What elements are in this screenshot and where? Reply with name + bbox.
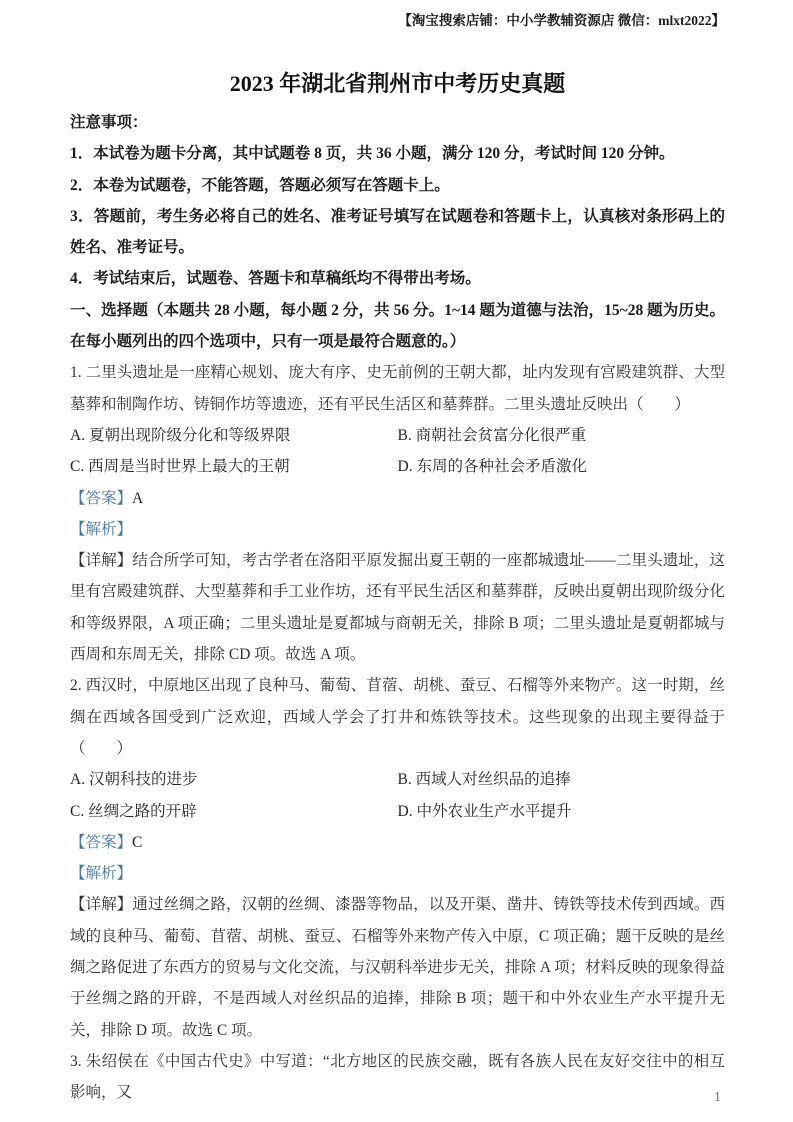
question-1-detail: 【详解】结合所学可知，考古学者在洛阳平原发掘出夏王朝的一座都城遗址——二里头遗址… [70,545,725,670]
question-1-option-c: C. 西周是当时世界上最大的王朝 [70,451,398,482]
question-2-options-row-1: A. 汉朝科技的进步 B. 西域人对丝织品的追捧 [70,764,725,795]
question-1-options-row-2: C. 西周是当时世界上最大的王朝 D. 东周的各种社会矛盾激化 [70,451,725,482]
shop-notice: 【淘宝搜索店铺：中小学教辅资源店 微信：mlxt2022】 [70,12,725,30]
notice-item-3: 3．答题前，考生务必将自己的姓名、准考证号填写在试题卷和答题卡上，认真核对条形码… [70,201,725,264]
question-2-answer-line: 【答案】C [70,827,725,858]
page-number: 1 [714,1089,721,1107]
notice-item-4: 4．考试结束后，试题卷、答题卡和草稿纸均不得带出考场。 [70,263,725,294]
notice-item-1: 1．本试卷为题卡分离，其中试题卷 8 页，共 36 小题，满分 120 分，考试… [70,138,725,169]
question-2-detail: 【详解】通过丝绸之路，汉朝的丝绸、漆器等物品，以及开渠、凿井、铸铁等技术传到西域… [70,889,725,1045]
question-1-option-a: A. 夏朝出现阶级分化和等级界限 [70,420,398,451]
question-2-option-d: D. 中外农业生产水平提升 [398,796,726,827]
question-2-analysis-line: 【解析】 [70,858,725,889]
question-2-option-c: C. 丝绸之路的开辟 [70,796,398,827]
question-1-option-b: B. 商朝社会贫富分化很严重 [398,420,726,451]
question-3-stem: 3. 朱绍侯在《中国古代史》中写道：“北方地区的民族交融，既有各族人民在友好交往… [70,1046,725,1109]
analysis-label: 【解析】 [70,521,132,538]
document-body: 注意事项： 1．本试卷为题卡分离，其中试题卷 8 页，共 36 小题，满分 12… [70,107,725,1109]
question-2-option-a: A. 汉朝科技的进步 [70,764,398,795]
page-title: 2023 年湖北省荆州市中考历史真题 [70,70,725,98]
answer-value: C [132,834,142,851]
answer-label: 【答案】 [70,834,132,851]
answer-value: A [132,490,143,507]
answer-label: 【答案】 [70,490,132,507]
question-1-option-d: D. 东周的各种社会矛盾激化 [398,451,726,482]
question-1-stem: 1. 二里头遗址是一座精心规划、庞大有序、史无前例的王朝大都，址内发现有宫殿建筑… [70,357,725,420]
question-2-option-b: B. 西域人对丝织品的追捧 [398,764,726,795]
exam-document-page: 【淘宝搜索店铺：中小学教辅资源店 微信：mlxt2022】 2023 年湖北省荆… [0,0,793,1122]
question-1-options-row-1: A. 夏朝出现阶级分化和等级界限 B. 商朝社会贫富分化很严重 [70,420,725,451]
notice-item-2: 2．本卷为试题卷，不能答题，答题必须写在答题卡上。 [70,170,725,201]
question-1-answer-line: 【答案】A [70,483,725,514]
question-1-analysis-line: 【解析】 [70,514,725,545]
section-heading: 一、选择题（本题共 28 小题，每小题 2 分，共 56 分。1~14 题为道德… [70,295,725,358]
question-2-options-row-2: C. 丝绸之路的开辟 D. 中外农业生产水平提升 [70,796,725,827]
notice-heading: 注意事项： [70,107,725,138]
analysis-label: 【解析】 [70,865,132,882]
question-2-stem: 2. 西汉时，中原地区出现了良种马、葡萄、苜蓿、胡桃、蚕豆、石榴等外来物产。这一… [70,670,725,764]
